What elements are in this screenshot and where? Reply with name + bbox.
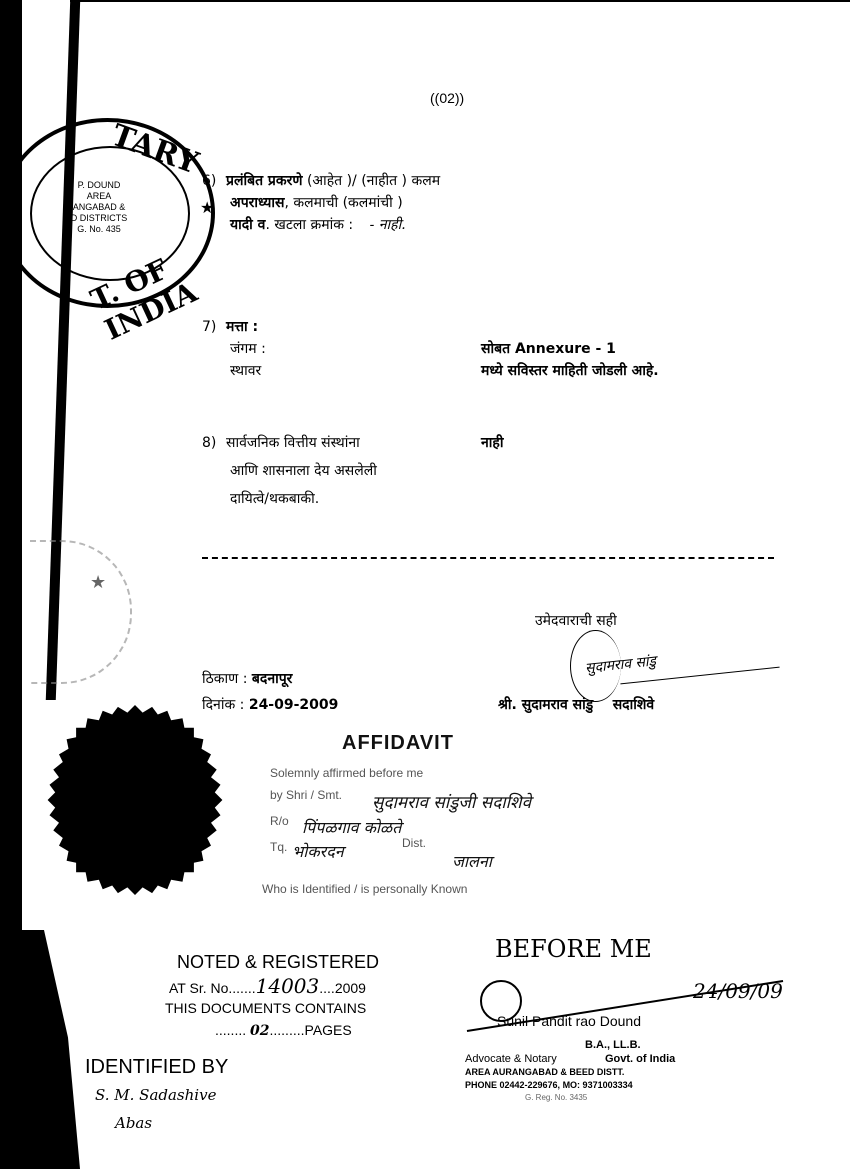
identifier-name: S. M. Sadashive — [95, 1086, 216, 1104]
star-icon: ★ — [90, 572, 106, 593]
section-divider — [202, 557, 774, 559]
date: दिनांक : 24-09-2009 — [202, 694, 338, 716]
item-7: 7)मत्ता : जंगम : सोबत Annexure - 1 स्थाव… — [202, 316, 782, 382]
page-count: 02 — [250, 1023, 269, 1039]
notary-stamp: TARY T. OF INDIA P. DOUND AREA ANGABAD &… — [40, 118, 185, 308]
scan-edge-top — [70, 0, 850, 8]
affiant-village: पिंपळगाव कोळते — [302, 816, 401, 838]
handwritten-none: - नाही. — [370, 217, 406, 233]
scan-edge-bottom — [0, 930, 80, 1169]
faded-stamp: ★ — [30, 540, 132, 684]
signature-loop — [570, 630, 621, 702]
item-6: 6)प्रलंबित प्रकरणे (आहेत )/ (नाहीत ) कलम… — [202, 170, 440, 236]
identifier-signature: Abas — [115, 1114, 152, 1132]
stamp-inner-text: P. DOUND AREA ANGABAD & D DISTRICTS G. N… — [54, 180, 144, 235]
affiant-district: जालना — [452, 850, 492, 872]
serial-number: 14003 — [256, 974, 320, 998]
signature-caption: उमेदवाराची सही — [535, 610, 617, 632]
seal-icon — [40, 705, 230, 895]
affiant-taluka: भोकरदन — [292, 840, 344, 862]
page-number: ((02)) — [430, 90, 464, 106]
place: ठिकाण : बदनापूर — [202, 668, 292, 690]
candidate-name: श्री. सुदामराव सांडु सदाशिवे — [498, 694, 654, 716]
item-8: 8)सार्वजनिक वित्तीय संस्थांना नाही आणि श… — [202, 432, 782, 510]
affidavit-title: AFFIDAVIT — [342, 732, 454, 755]
affiant-name: सुदामराव सांडुजी सदाशिवे — [372, 790, 531, 813]
